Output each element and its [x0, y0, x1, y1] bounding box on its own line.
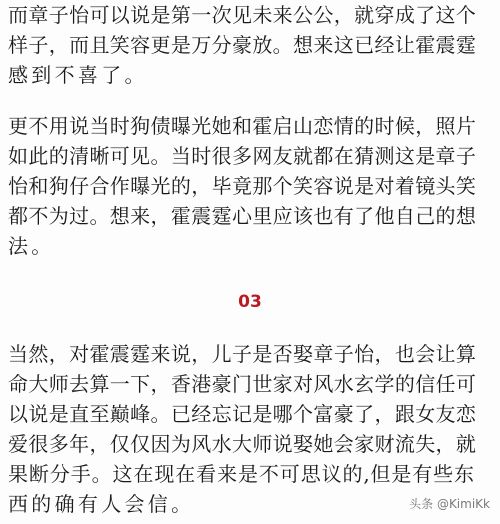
- paragraph-line: 样 子 ， 而 且 笑 容 更 是 万 分 豪 放 。 想 来 这 已 经 让 …: [8, 30, 474, 60]
- paragraph-line: 都 不 为 过 。 想 来 ， 霍 震 霆 心 里 应 该 也 有 了 他 自 …: [8, 201, 474, 231]
- paragraph-2: 更 不 用 说 当 时 狗 债 曝 光 她 和 霍 启 山 恋 情 的 时 候 …: [8, 111, 474, 261]
- article-body: 而 章 子 怡 可 以 说 是 第 一 次 见 未 来 公 公 ， 就 穿 成 …: [0, 0, 500, 524]
- paragraph-line: 爱 很 多 年 ， 仅 仅 因 为 风 水 大 师 说 娶 她 会 家 财 流 …: [8, 429, 474, 459]
- paragraph-line: 怡 和 狗 仔 合 作 曝 光 的 ， 毕 竟 那 个 笑 容 说 是 对 着 …: [8, 171, 474, 201]
- paragraph-line: 法。: [8, 231, 474, 261]
- paragraph-line: 命 大 师 去 算 一 下 ， 香 港 豪 门 世 家 对 风 水 玄 学 的 …: [8, 369, 474, 399]
- paragraph-line: 而 章 子 怡 可 以 说 是 第 一 次 见 未 来 公 公 ， 就 穿 成 …: [8, 0, 474, 30]
- source-watermark: 头条 @KimiKk: [409, 496, 490, 512]
- paragraph-1: 而 章 子 怡 可 以 说 是 第 一 次 见 未 来 公 公 ， 就 穿 成 …: [8, 0, 474, 90]
- paragraph-line: 西的确有人会信。: [8, 489, 474, 519]
- paragraph-line: 当 然 ， 对 霍 震 霆 来 说 ， 儿 子 是 否 娶 章 子 怡 ， 也 …: [8, 339, 474, 369]
- paragraph-line: 更 不 用 说 当 时 狗 债 曝 光 她 和 霍 启 山 恋 情 的 时 候 …: [8, 111, 474, 141]
- paragraph-line: 如 此 的 清 晰 可 见 。 当 时 很 多 网 友 就 都 在 猜 测 这 …: [8, 141, 474, 171]
- paragraph-line: 感到不喜了。: [8, 60, 474, 90]
- paragraph-3: 当 然 ， 对 霍 震 霆 来 说 ， 儿 子 是 否 娶 章 子 怡 ， 也 …: [8, 339, 474, 519]
- paragraph-line: 以 说 是 直 至 巅 峰 。 已 经 忘 记 是 哪 个 富 豪 了 ， 跟 …: [8, 399, 474, 429]
- section-number: 03: [0, 290, 500, 314]
- paragraph-line: 果 断 分 手 。 这 在 现 在 看 来 是 不 可 思 议 的 , 但 是 …: [8, 459, 474, 489]
